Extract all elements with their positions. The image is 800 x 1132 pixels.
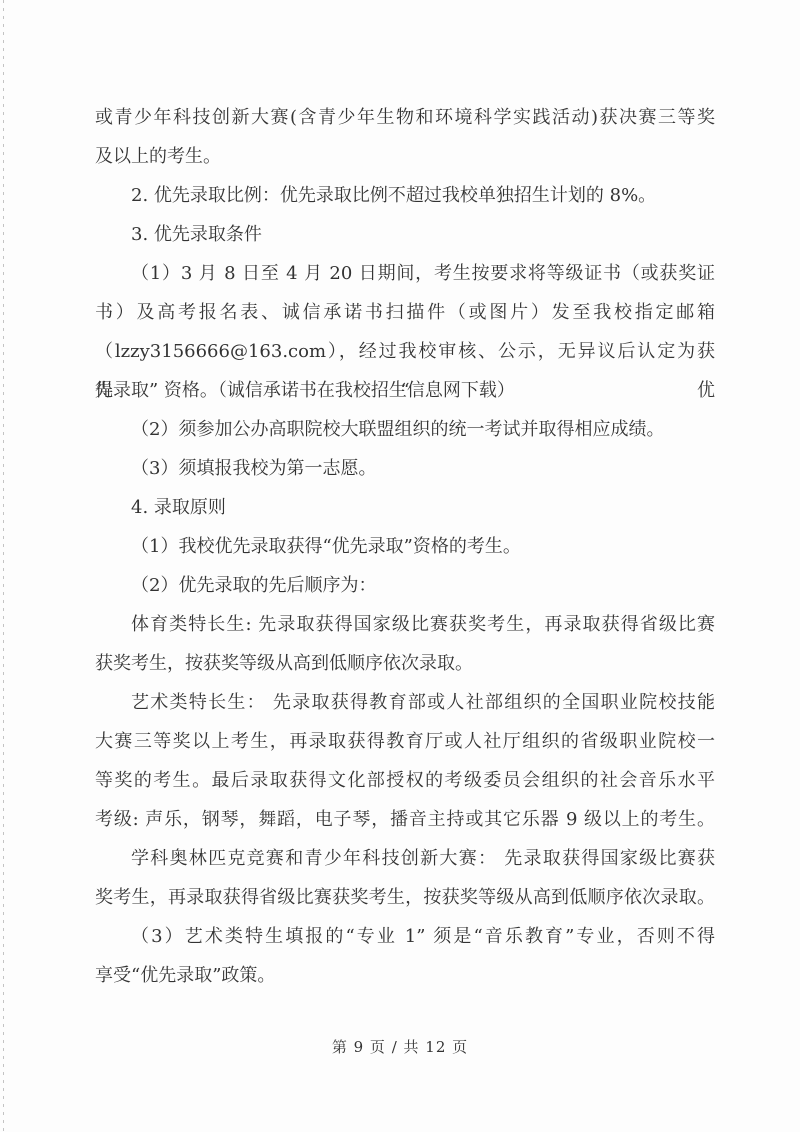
page-number-label: 第 9 页 / 共 12 页 bbox=[332, 1038, 468, 1056]
scan-edge-artifact bbox=[3, 0, 4, 1132]
text-line: 艺术类特长生： 先录取获得教育部或人社部组织的全国职业院校技能 bbox=[95, 683, 715, 722]
text-line: 及以上的考生。 bbox=[95, 137, 715, 176]
text-line: 获奖考生，按获奖等级从高到低顺序依次录取。 bbox=[95, 644, 715, 683]
text-line: 考级: 声乐，钢琴，舞蹈，电子琴，播音主持或其它乐器 9 级以上的考生。 bbox=[95, 800, 715, 839]
text-line: 2. 优先录取比例：优先录取比例不超过我校单独招生计划的 8%。 bbox=[95, 176, 715, 215]
text-line: （2）须参加公办高职院校大联盟组织的统一考试并取得相应成绩。 bbox=[95, 410, 715, 449]
text-line: 体育类特长生: 先录取获得国家级比赛获奖考生，再录取获得省级比赛 bbox=[95, 605, 715, 644]
text-line: 或青少年科技创新大赛(含青少年生物和环境科学实践活动)获决赛三等奖 bbox=[95, 98, 715, 137]
text-line: 享受“优先录取”政策。 bbox=[95, 956, 715, 995]
document-page: 或青少年科技创新大赛(含青少年生物和环境科学实践活动)获决赛三等奖及以上的考生。… bbox=[0, 0, 800, 1132]
text-line: 大赛三等奖以上考生，再录取获得教育厅或人社厅组织的省级职业院校一 bbox=[95, 722, 715, 761]
text-line: （lzzy3156666@163.com），经过我校审核、公示，无异议后认定为获… bbox=[95, 332, 715, 371]
text-line: 等奖的考生。最后录取获得文化部授权的考级委员会组织的社会音乐水平 bbox=[95, 761, 715, 800]
text-line: 学科奥林匹克竞赛和青少年科技创新大赛： 先录取获得国家级比赛获 bbox=[95, 839, 715, 878]
text-line: 奖考生，再录取获得省级比赛获奖考生，按获奖等级从高到低顺序依次录取。 bbox=[95, 878, 715, 917]
page-footer: 第 9 页 / 共 12 页 bbox=[0, 1036, 800, 1057]
text-line: （1）我校优先录取获得“优先录取”资格的考生。 bbox=[95, 527, 715, 566]
text-line: 4. 录取原则 bbox=[95, 488, 715, 527]
text-line: （1）3 月 8 日至 4 月 20 日期间，考生按要求将等级证书（或获奖证 bbox=[95, 254, 715, 293]
document-text: 或青少年科技创新大赛(含青少年生物和环境科学实践活动)获决赛三等奖及以上的考生。… bbox=[95, 98, 715, 995]
text-line: （3）须填报我校为第一志愿。 bbox=[95, 449, 715, 488]
text-line: （3）艺术类特生填报的“专业 1” 须是“音乐教育”专业，否则不得 bbox=[95, 917, 715, 956]
text-line: 3. 优先录取条件 bbox=[95, 215, 715, 254]
text-line: （2）优先录取的先后顺序为： bbox=[95, 566, 715, 605]
text-line: 书）及高考报名表、诚信承诺书扫描件（或图片）发至我校指定邮箱 bbox=[95, 293, 715, 332]
